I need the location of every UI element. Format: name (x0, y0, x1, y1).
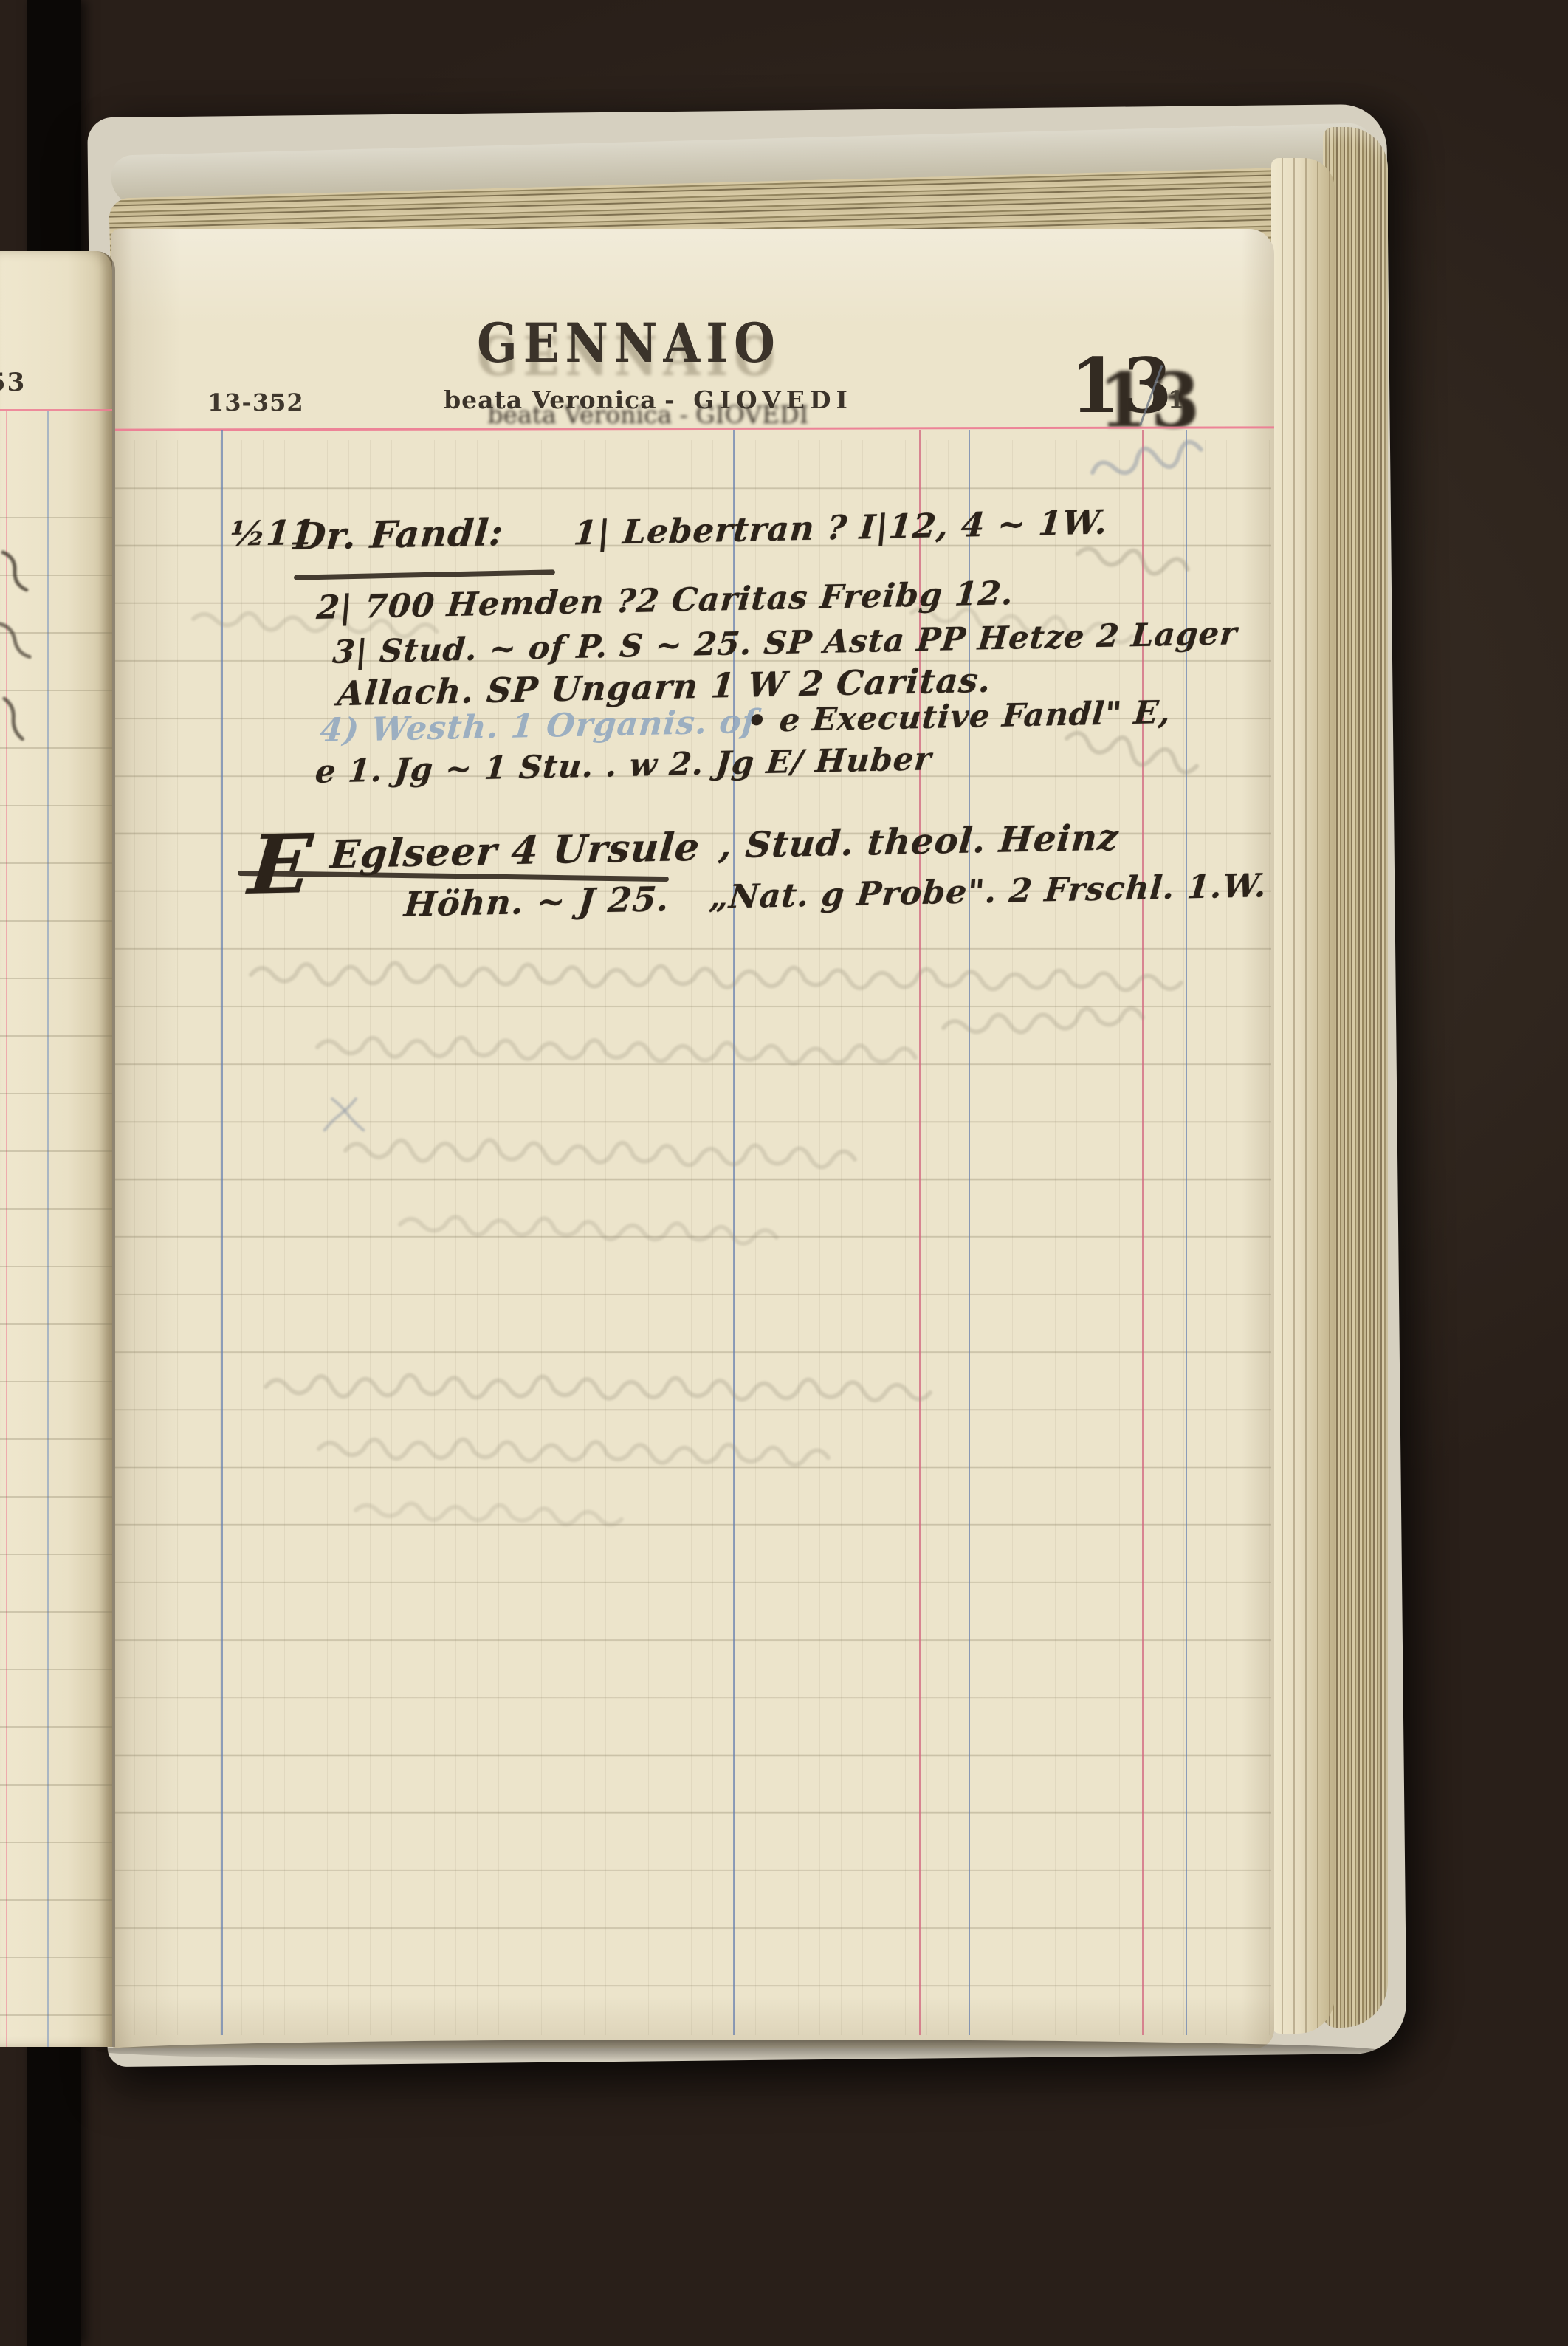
bleedthrough-stroke (0, 622, 32, 659)
entry-line: , Stud. theol. Heinz (718, 817, 1120, 866)
bleedthrough-stroke (345, 1138, 855, 1169)
bleedthrough-stroke (331, 1098, 364, 1131)
diary-photo: GENNAIO GENNAIO 13-352 beata Veronica - … (0, 0, 1568, 2346)
entry-line: Höhn. ~ J 25. (402, 879, 671, 924)
bleedthrough-strokes (111, 229, 1274, 2048)
ink-fragments (0, 251, 112, 2047)
bleedthrough-stroke (943, 1006, 1143, 1036)
bleedthrough-stroke (1065, 726, 1200, 776)
entry-name: Eglseer 4 Ursule (329, 825, 702, 877)
bleedthrough-stroke (1076, 543, 1189, 578)
book-bottom-shadow (96, 2040, 1380, 2062)
bleedthrough-stroke (251, 962, 1181, 992)
bleedthrough-stroke (356, 1500, 622, 1526)
entry-name: Dr. Fandl: (292, 510, 505, 558)
bleedthrough-stroke (0, 550, 30, 592)
diary-page: GENNAIO GENNAIO 13-352 beata Veronica - … (111, 229, 1274, 2048)
previous-page-sliver: 53 (0, 251, 115, 2047)
bleedthrough-stroke (317, 1035, 915, 1066)
bleedthrough-stroke (1090, 437, 1203, 483)
bleedthrough-stroke (1, 697, 25, 740)
bleedthrough-stroke (324, 1098, 357, 1131)
bleedthrough-stroke (400, 1213, 777, 1245)
entry-flourish: E (245, 816, 316, 913)
book-right-page-curl (1271, 158, 1335, 2034)
bleedthrough-stroke (266, 1374, 930, 1402)
bleedthrough-stroke (319, 1437, 828, 1466)
